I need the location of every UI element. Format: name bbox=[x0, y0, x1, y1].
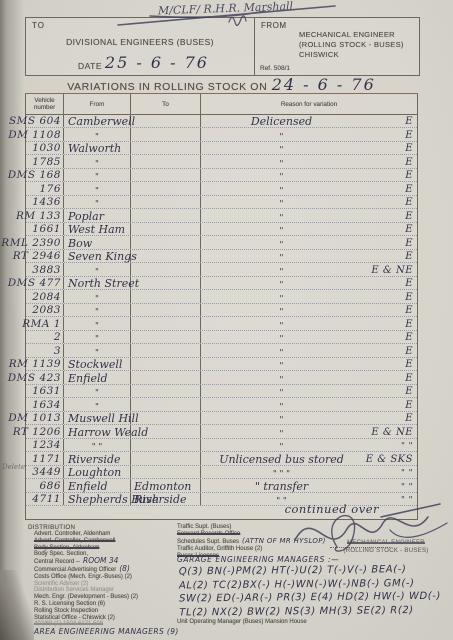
document-title: VARIATIONS IN ROLLING STOCK ON 24 - 6 - … bbox=[25, 75, 418, 95]
engineer-code: E bbox=[405, 373, 413, 384]
vehicle-number: 1436 bbox=[32, 196, 61, 208]
cell-vehicle: 3 bbox=[26, 344, 64, 356]
engineer-code: E bbox=[405, 197, 413, 208]
from-value: " bbox=[64, 267, 130, 277]
engineer-code: E bbox=[405, 332, 413, 343]
distribution-item: Mech. Engr. (Development - Buses) (2) bbox=[34, 594, 184, 601]
cell-to bbox=[131, 236, 201, 248]
engineer-code: E & NE bbox=[371, 427, 413, 438]
reason-value: " bbox=[201, 280, 362, 290]
margin-note-delete: Delete bbox=[2, 463, 25, 471]
cell-reason: "E bbox=[201, 196, 417, 208]
table-row: RM 1139Stockwell"E bbox=[26, 358, 417, 371]
cell-from: Stockwell bbox=[64, 358, 131, 370]
cell-vehicle: DMS 477 bbox=[26, 277, 64, 289]
table-row: DM 1108""E bbox=[26, 128, 417, 141]
list-item-text: Rolling Stock Inspection bbox=[34, 608, 98, 614]
vehicle-number: 1631 bbox=[32, 385, 61, 397]
cell-vehicle: 1631 bbox=[26, 385, 64, 397]
cell-vehicle: DMS 168 bbox=[26, 169, 64, 181]
cell-vehicle: 686 bbox=[26, 479, 64, 491]
handwritten-note: ROOM 34 bbox=[83, 556, 118, 565]
memo-from-panel: FROM MECHANICAL ENGINEER (ROLLING STOCK … bbox=[255, 18, 419, 75]
engineer-code: E bbox=[405, 305, 413, 316]
engineer-code: E bbox=[405, 238, 413, 249]
cell-from: " bbox=[64, 263, 131, 275]
engineer-code: E bbox=[405, 211, 413, 222]
engineer-code: E bbox=[405, 170, 413, 181]
date-value-handwritten: 25 - 6 - 76 bbox=[105, 53, 209, 72]
cell-from: " bbox=[64, 398, 131, 410]
engineer-code: E bbox=[405, 130, 413, 141]
table-row: RT 1206Harrow Weald"E & NE bbox=[26, 425, 417, 438]
from-value: " bbox=[64, 159, 130, 169]
from-value: " " bbox=[64, 442, 130, 452]
from-value: Poplar bbox=[68, 210, 104, 223]
cell-reason: "E bbox=[201, 371, 417, 383]
cell-from: West Ham bbox=[64, 223, 131, 235]
reason-value: " bbox=[201, 402, 362, 412]
vehicle-number: DMS 477 bbox=[8, 277, 61, 289]
engineer-code: E bbox=[405, 184, 413, 195]
cell-to bbox=[131, 155, 201, 167]
cell-vehicle: RT 1206 bbox=[26, 425, 64, 437]
cell-from: " bbox=[64, 344, 131, 356]
col-header-from: From bbox=[64, 94, 131, 114]
table-row: DMS 168""E bbox=[26, 169, 417, 182]
cell-to: Edmonton bbox=[131, 479, 201, 491]
from-value: West Ham bbox=[68, 223, 125, 236]
ref-number: Ref. 508/1 bbox=[260, 65, 290, 72]
table-row: 1634""E bbox=[26, 398, 417, 411]
vehicle-number: 2084 bbox=[32, 291, 61, 303]
list-item-text: Distribution Services Manager bbox=[34, 587, 114, 593]
vehicle-number: 4711 bbox=[32, 493, 61, 505]
memo-to-panel: TO DIVISIONAL ENGINEERS (BUSES) DATE 25 … bbox=[26, 18, 255, 75]
table-row: 1030Walworth"E bbox=[26, 142, 417, 155]
reason-value: " bbox=[201, 348, 362, 358]
table-row: 2084""E bbox=[26, 290, 417, 303]
cell-from: Shepherds Bush bbox=[64, 493, 131, 505]
distribution-footer: Unit Operating Manager (Buses) Mansion H… bbox=[177, 619, 307, 625]
table-row: RMA 1""E bbox=[26, 317, 417, 330]
table-row: 2083""E bbox=[26, 304, 417, 317]
reason-value: " bbox=[201, 186, 362, 196]
cell-reason: "E bbox=[201, 155, 417, 167]
reason-value: " bbox=[201, 334, 362, 344]
reason-value: " bbox=[201, 132, 362, 142]
cell-reason: "E bbox=[201, 358, 417, 370]
list-item-text: Schedules Supt. Buses bbox=[177, 539, 239, 545]
reason-value: " bbox=[201, 415, 362, 425]
list-item-text: Costs Office (Mech. Engr.-Buses) (2) bbox=[34, 574, 132, 580]
list-item-text: Statistical Office - Chiswick (2) bbox=[34, 615, 115, 621]
cell-from: Bow bbox=[64, 236, 131, 248]
cell-to bbox=[131, 439, 201, 451]
distribution-title: DISTRIBUTION bbox=[28, 524, 75, 531]
reason-value: " bbox=[201, 226, 362, 236]
distribution-item: Advert. Controller, Camberwell bbox=[34, 538, 184, 545]
vehicle-number: RM 133 bbox=[16, 210, 61, 222]
reason-value: " bbox=[201, 442, 362, 452]
engineer-code: E bbox=[405, 224, 413, 235]
table-row: 1661West Ham"E bbox=[26, 223, 417, 236]
vehicle-number: 1171 bbox=[32, 453, 61, 465]
distribution-item: Advert. Controller, Aldenham bbox=[34, 531, 184, 538]
garage-heading-handwritten: GARAGE ENGINEERING MANAGERS :— bbox=[177, 555, 339, 564]
cell-from: " bbox=[64, 169, 131, 181]
distribution-section: DISTRIBUTION Advert. Controller, Aldenha… bbox=[0, 524, 453, 640]
stamp-line-1: MECHANICAL ENGINEER bbox=[327, 540, 445, 548]
cell-vehicle: 1171 bbox=[26, 452, 64, 464]
distribution-item: Traffic Auditor, Griffith House (2) bbox=[177, 546, 347, 553]
cell-reason: "E bbox=[201, 182, 417, 194]
engineer-code: E bbox=[405, 346, 413, 357]
reason-value: " bbox=[201, 429, 362, 439]
from-value: " bbox=[64, 348, 130, 358]
cell-reason: "E bbox=[201, 304, 417, 316]
vehicle-number: DMS 168 bbox=[8, 169, 61, 181]
table-row: 1631""E bbox=[26, 385, 417, 398]
cell-from: Loughton bbox=[64, 466, 131, 478]
vehicle-number: RT 2946 bbox=[13, 250, 61, 262]
handwritten-note: (8) bbox=[119, 564, 130, 573]
distribution-item: Traffic Supt. (Buses) bbox=[177, 524, 347, 531]
from-line-2: (ROLLING STOCK - BUSES) bbox=[299, 40, 404, 49]
cell-to bbox=[131, 250, 201, 262]
from-value: North Street bbox=[68, 277, 139, 290]
cell-to bbox=[131, 209, 201, 221]
cell-to bbox=[131, 466, 201, 478]
cell-vehicle: 2084 bbox=[26, 290, 64, 302]
vehicle-number: RT 1206 bbox=[13, 426, 61, 438]
cell-from: " " bbox=[64, 439, 131, 451]
cell-vehicle: 2 bbox=[26, 331, 64, 343]
distribution-item: Rolling Stock Inspection bbox=[34, 608, 184, 615]
cell-to bbox=[131, 398, 201, 410]
engineer-code: E bbox=[405, 386, 413, 397]
cell-from: " bbox=[64, 182, 131, 194]
from-value: Loughton bbox=[68, 466, 121, 479]
cell-reason: "E bbox=[201, 331, 417, 343]
col-header-reason: Reason for variation bbox=[201, 94, 417, 114]
title-date-handwritten: 24 - 6 - 76 bbox=[272, 75, 376, 94]
reason-value: " bbox=[201, 361, 362, 371]
reason-value: " bbox=[201, 213, 362, 223]
cell-vehicle: RML 2390 bbox=[26, 236, 64, 248]
from-value: " bbox=[64, 321, 130, 331]
reason-value: Unlicensed bus stored bbox=[201, 453, 362, 466]
from-line-1: MECHANICAL ENGINEER bbox=[299, 30, 395, 39]
cell-reason: "E bbox=[201, 385, 417, 397]
cell-vehicle: 1634 bbox=[26, 398, 64, 410]
cell-from: Harrow Weald bbox=[64, 425, 131, 437]
cell-to bbox=[131, 358, 201, 370]
from-value: Riverside bbox=[68, 453, 121, 466]
table-body: SMS 604CamberwellDelicensedEDM 1108""E10… bbox=[26, 115, 417, 506]
vehicle-number: 2 bbox=[54, 331, 61, 343]
engineer-code: E bbox=[405, 319, 413, 330]
vehicle-number: 686 bbox=[39, 480, 61, 492]
cell-to bbox=[131, 277, 201, 289]
vehicle-number: 1634 bbox=[32, 399, 61, 411]
cell-reason: "E bbox=[201, 250, 417, 262]
cell-vehicle: RMA 1 bbox=[26, 317, 64, 329]
from-value: " bbox=[64, 334, 130, 344]
cell-vehicle: 4711 bbox=[26, 493, 64, 505]
reason-value: " bbox=[201, 172, 362, 182]
cell-to bbox=[131, 412, 201, 424]
cell-from: " bbox=[64, 155, 131, 167]
reason-value: " bbox=[201, 388, 362, 398]
from-value: " bbox=[64, 172, 130, 182]
reason-value: " bbox=[201, 375, 362, 385]
cell-from: " bbox=[64, 317, 131, 329]
cell-vehicle: 3449 bbox=[26, 466, 64, 478]
engineer-code: E & SKS bbox=[366, 454, 413, 465]
cell-reason: "E & NE bbox=[201, 425, 417, 437]
table-row: 3""E bbox=[26, 344, 417, 357]
cell-reason: "E bbox=[201, 142, 417, 154]
engineer-code: E bbox=[405, 251, 413, 262]
vehicle-number: 2083 bbox=[32, 304, 61, 316]
reason-value: " bbox=[201, 145, 362, 155]
from-value: " bbox=[64, 186, 130, 196]
to-value: DIVISIONAL ENGINEERS (BUSES) bbox=[26, 37, 254, 47]
cell-to bbox=[131, 142, 201, 154]
from-value: Enfield bbox=[68, 372, 108, 385]
vehicle-number: 3449 bbox=[32, 466, 61, 478]
table-row: 686EnfieldEdmonton" transfer" " bbox=[26, 479, 417, 492]
reason-value: " bbox=[201, 159, 362, 169]
distribution-item: Schedules Supt. Buses(ATTN OF MR HYSLOP) bbox=[177, 538, 347, 546]
from-line-3: CHISWICK bbox=[299, 50, 339, 59]
cell-from: Walworth bbox=[64, 142, 131, 154]
cell-from: " bbox=[64, 196, 131, 208]
cell-to bbox=[131, 317, 201, 329]
from-value: Stockwell bbox=[68, 358, 122, 371]
list-item-text: Traffic Supt. (Buses) bbox=[177, 524, 231, 530]
cell-from: Camberwell bbox=[64, 115, 131, 127]
reason-value: " bbox=[201, 307, 362, 317]
stamp-line-2: (ROLLING STOCK - BUSES) bbox=[327, 548, 445, 556]
list-item-text: Body Spec. Section, bbox=[34, 551, 88, 557]
garage-code-line: TL(2) NX(2) BW(2) NS(3) MH(3) SE(2) R(2) bbox=[179, 603, 453, 619]
engineer-code: E bbox=[405, 359, 413, 370]
vehicle-number: 176 bbox=[39, 183, 61, 195]
to-value: Riverside bbox=[134, 493, 187, 506]
cell-reason: "E bbox=[201, 223, 417, 235]
date-label: DATE bbox=[78, 61, 102, 71]
from-value: " bbox=[64, 388, 130, 398]
vehicle-number: 1785 bbox=[32, 156, 61, 168]
table-row: RML 2390Bow"E bbox=[26, 236, 417, 249]
cell-to bbox=[131, 385, 201, 397]
distribution-item: Central Record --ROOM 34 bbox=[34, 558, 184, 566]
engineer-code: " " bbox=[401, 482, 413, 492]
cell-from: Riverside bbox=[64, 452, 131, 464]
cell-reason: "E & NE bbox=[201, 263, 417, 275]
cell-vehicle: 1030 bbox=[26, 142, 64, 154]
continued-over-note: continued over bbox=[285, 502, 379, 516]
cell-from: Seven Kings bbox=[64, 250, 131, 262]
cell-reason: " transfer" " bbox=[201, 479, 417, 491]
from-value: " bbox=[64, 307, 130, 317]
cell-from: " bbox=[64, 331, 131, 343]
vehicle-number: RML 2390 bbox=[1, 237, 61, 249]
engineer-code: E bbox=[405, 400, 413, 411]
reason-value: " " " bbox=[201, 469, 362, 479]
memo-header: TO DIVISIONAL ENGINEERS (BUSES) DATE 25 … bbox=[25, 17, 420, 76]
engineer-code: E bbox=[405, 413, 413, 424]
cell-reason: "E bbox=[201, 209, 417, 221]
cell-reason: "E bbox=[201, 236, 417, 248]
cell-to bbox=[131, 169, 201, 181]
cell-to bbox=[131, 290, 201, 302]
table-row: 3883""E & NE bbox=[26, 263, 417, 276]
table-header-row: Vehicle number From To Reason for variat… bbox=[26, 94, 417, 115]
vehicle-number: DMS 423 bbox=[8, 372, 61, 384]
cell-to bbox=[131, 128, 201, 140]
to-value: Edmonton bbox=[134, 480, 191, 493]
from-value: Bow bbox=[68, 237, 92, 250]
engineer-code: E bbox=[405, 143, 413, 154]
cell-vehicle: 3883 bbox=[26, 263, 64, 275]
cell-vehicle: RM 133 bbox=[26, 209, 64, 221]
from-value: Walworth bbox=[68, 142, 121, 155]
cell-from: " bbox=[64, 304, 131, 316]
list-item-text: R. S. Licensing Section (6) bbox=[34, 601, 105, 607]
cell-reason: "E bbox=[201, 344, 417, 356]
engineer-code: E bbox=[405, 157, 413, 168]
variations-table: Vehicle number From To Reason for variat… bbox=[25, 93, 418, 520]
cell-to bbox=[131, 452, 201, 464]
from-value: " bbox=[64, 199, 130, 209]
table-row: 1171RiversideUnlicensed bus storedE & SK… bbox=[26, 452, 417, 465]
cell-vehicle: 176 bbox=[26, 182, 64, 194]
table-row: 1436""E bbox=[26, 196, 417, 209]
cell-reason: DelicensedE bbox=[201, 115, 417, 127]
vehicle-number: DM 1108 bbox=[8, 129, 61, 141]
reason-value: " bbox=[201, 321, 362, 331]
list-item-text: Forward Records Office bbox=[177, 531, 240, 537]
reason-value: " bbox=[201, 267, 362, 277]
engineer-code: " " bbox=[401, 495, 413, 505]
title-label: VARIATIONS IN ROLLING STOCK ON bbox=[67, 81, 267, 93]
cell-reason: " " "" " bbox=[201, 466, 417, 478]
cell-to bbox=[131, 331, 201, 343]
table-row: RT 2946Seven Kings"E bbox=[26, 250, 417, 263]
cell-to bbox=[131, 344, 201, 356]
cell-vehicle: 1436 bbox=[26, 196, 64, 208]
engineer-code: E & NE bbox=[371, 265, 413, 276]
cell-vehicle: DM 1013 bbox=[26, 412, 64, 424]
cell-to bbox=[131, 196, 201, 208]
cell-from: Enfield bbox=[64, 371, 131, 383]
handwritten-note: (ATTN OF MR HYSLOP) bbox=[242, 537, 326, 545]
cell-to bbox=[131, 425, 201, 437]
reason-value: Delicensed bbox=[201, 115, 362, 128]
vehicle-number: 3883 bbox=[32, 264, 61, 276]
cell-reason: "E bbox=[201, 317, 417, 329]
vehicle-number: DM 1013 bbox=[8, 412, 61, 424]
from-value: Muswell Hill bbox=[68, 412, 139, 425]
cell-vehicle: 1785 bbox=[26, 155, 64, 167]
list-item-text: Commercial Advertising Officer bbox=[34, 567, 116, 573]
list-item-text: Central Record -- bbox=[34, 559, 80, 565]
list-item-text: 402/69 (1) 1504 6171 508 bbox=[34, 621, 103, 627]
cell-vehicle: DM 1108 bbox=[26, 128, 64, 140]
scanned-document: M/CLF/ R.H.R. Marshall TO DIVISIONAL ENG… bbox=[0, 0, 453, 640]
to-label: TO bbox=[32, 21, 45, 30]
date-line: DATE 25 - 6 - 76 bbox=[78, 54, 209, 73]
list-item-text: Traffic Auditor, Griffith House (2) bbox=[177, 546, 262, 552]
cell-from: " bbox=[64, 385, 131, 397]
distribution-item: Commercial Advertising Officer(8) bbox=[34, 566, 184, 574]
cell-vehicle: DMS 423 bbox=[26, 371, 64, 383]
top-annotation-crossed-out: M/CLF/ R.H.R. Marshall bbox=[158, 0, 293, 17]
table-row: 2""E bbox=[26, 331, 417, 344]
cell-reason: "E bbox=[201, 128, 417, 140]
table-row: DMS 423Enfield"E bbox=[26, 371, 417, 384]
list-item-text: Advert. Controller, Aldenham bbox=[34, 531, 110, 537]
cell-vehicle: 2083 bbox=[26, 304, 64, 316]
garage-code-lines: Q(3) BN(-)PM(2) HT(-)U(2) T(-)V(-) BEA(-… bbox=[179, 563, 453, 620]
cell-reason: "" " bbox=[201, 439, 417, 451]
cell-vehicle: RM 1139 bbox=[26, 358, 64, 370]
cell-vehicle: SMS 604 bbox=[26, 115, 64, 127]
vehicle-number: 1234 bbox=[32, 439, 61, 451]
from-value: " bbox=[64, 402, 130, 412]
distribution-item: AREA ENGINEERING MANAGERS (9) bbox=[34, 628, 184, 637]
cell-reason: Unlicensed bus storedE & SKS bbox=[201, 452, 417, 464]
vehicle-number: 1661 bbox=[32, 223, 61, 235]
from-value: " bbox=[64, 132, 130, 142]
from-value: " bbox=[64, 294, 130, 304]
cell-from: North Street bbox=[64, 277, 131, 289]
cell-to bbox=[131, 304, 201, 316]
cell-to bbox=[131, 371, 201, 383]
list-item-text: AREA ENGINEERING MANAGERS (9) bbox=[34, 627, 179, 636]
cell-from: " bbox=[64, 128, 131, 140]
col-header-vehicle-number: Vehicle number bbox=[26, 94, 64, 114]
from-label: FROM bbox=[261, 21, 287, 30]
engineer-code: E bbox=[405, 278, 413, 289]
table-row: DM 1013Muswell Hill"E bbox=[26, 412, 417, 425]
cell-to bbox=[131, 263, 201, 275]
cell-to: Riverside bbox=[131, 493, 201, 505]
cell-from: Poplar bbox=[64, 209, 131, 221]
cell-reason: "E bbox=[201, 169, 417, 181]
cell-from: Muswell Hill bbox=[64, 412, 131, 424]
cell-reason: "E bbox=[201, 412, 417, 424]
list-item-text: Scientific Adviser (2) bbox=[34, 581, 88, 587]
cell-reason: "E bbox=[201, 290, 417, 302]
reason-value: " bbox=[201, 253, 362, 263]
table-row: DMS 477North Street"E bbox=[26, 277, 417, 290]
table-row: 176""E bbox=[26, 182, 417, 195]
vehicle-number: 1030 bbox=[32, 142, 61, 154]
engineer-code: " " bbox=[401, 468, 413, 478]
cell-from: " bbox=[64, 290, 131, 302]
vehicle-number: RM 1139 bbox=[9, 358, 61, 370]
vehicle-number: RMA 1 bbox=[22, 318, 61, 330]
cell-reason: "E bbox=[201, 277, 417, 289]
vehicle-number: SMS 604 bbox=[9, 115, 61, 127]
reason-value: " bbox=[201, 199, 362, 209]
table-row: 1234" """ " bbox=[26, 439, 417, 452]
distribution-left-list: Advert. Controller, AldenhamAdvert. Cont… bbox=[34, 531, 184, 637]
